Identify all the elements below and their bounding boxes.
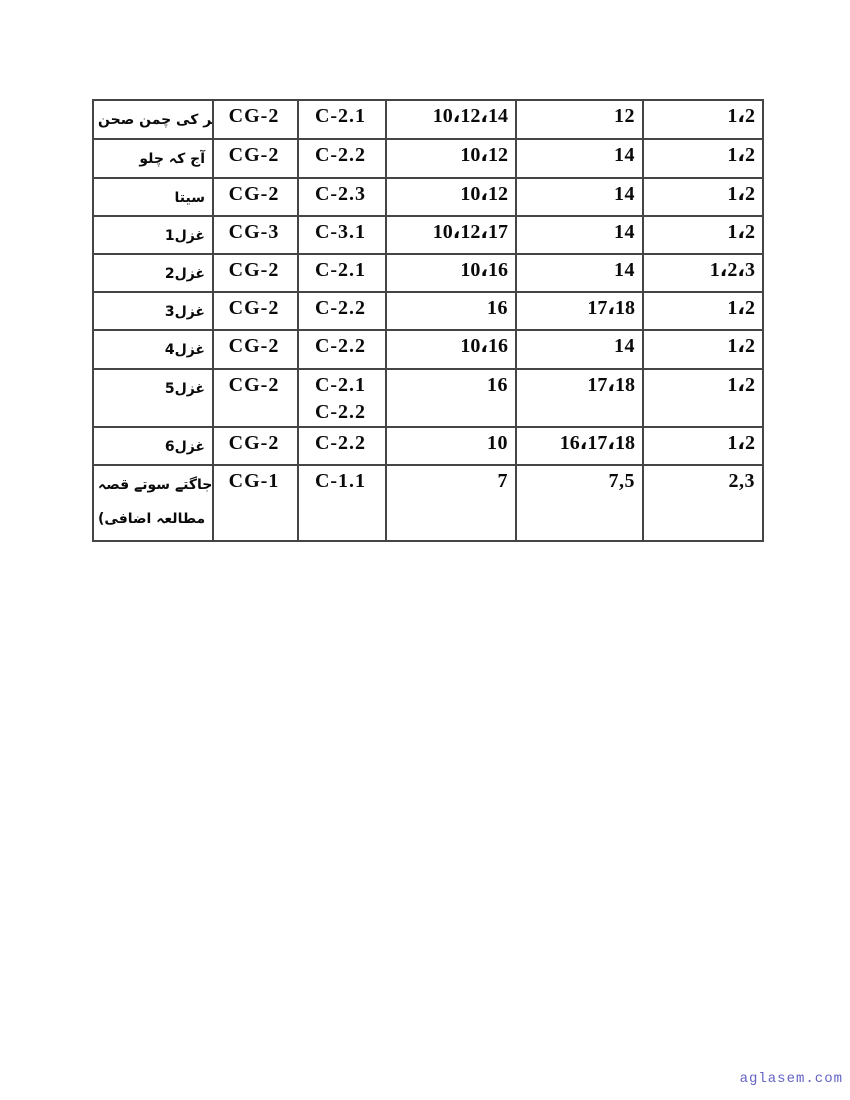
number-cell-col6: 1،2 [643,369,763,427]
lesson-title-cell: غزل2 [93,254,213,292]
number-cell-col6: 1،2 [643,139,763,178]
number-cell-col4: 7 [386,465,516,541]
c-code-text: C-2.1 [303,103,378,130]
table-row: غزل4 CG-2 C-2.2 10،16 14 1،2 [93,330,763,369]
number-text: 1،2 [648,103,755,130]
lesson-title-cell: غزل3 [93,292,213,330]
number-text: 14 [521,257,635,284]
number-text: 1،2،3 [648,257,755,284]
c-code-text: C-2.1 [303,257,378,284]
number-text: 1،2 [648,219,755,246]
c-code-cell: C-2.2 [298,330,386,369]
number-cell-col6: 1،2 [643,178,763,216]
watermark-text: aglasem.com [740,1071,843,1087]
number-text: 7 [391,468,508,495]
number-cell-col4: 10،12،14 [386,100,516,139]
cg-code-cell: CG-2 [213,330,298,369]
lesson-title-cell: غزل1 [93,216,213,254]
c-code-cell: C-1.1 [298,465,386,541]
number-cell-col5: 14 [516,216,643,254]
number-cell-col4: 16 [386,369,516,427]
cg-code-text: CG-2 [218,430,290,457]
number-cell-col6: 1،2 [643,100,763,139]
lesson-title-cell: غزل4 [93,330,213,369]
document-page: صحن‎ چمن‎ کی‎ سیر CG-2 C-2.1 10،12،14 12… [0,0,850,1100]
number-cell-col6: 1،2 [643,427,763,465]
lesson-title-text: غزل5 [98,372,205,406]
lesson-title-cell: چلو‎ کہ‎ آج [93,139,213,178]
cg-code-text: CG-2 [218,257,290,284]
number-cell-col5: 14 [516,139,643,178]
number-cell-col5: 14 [516,330,643,369]
number-text: 16 [391,372,508,399]
number-text: 14 [521,333,635,360]
number-cell-col5: 16،17،18 [516,427,643,465]
cg-code-text: CG-2 [218,372,290,399]
cg-code-text: CG-2 [218,333,290,360]
table-row: غزل5 CG-2 C-2.1 C-2.2 16 17،18 1،2 [93,369,763,427]
number-text: 1،2 [648,295,755,322]
c-code-cell: C-2.3 [298,178,386,216]
c-code-cell: C-2.1 [298,254,386,292]
cg-code-cell: CG-2 [213,369,298,427]
cg-code-text: CG-1 [218,468,290,495]
cg-code-cell: CG-1 [213,465,298,541]
c-code-text: C-2.2 [303,333,378,360]
number-text: 1،2 [648,430,755,457]
lesson-title-text: سیتا [98,181,205,215]
lesson-title-cell: قصہ‎ سوتے‎ جاگتے‎ کا (اضافی‎ مطالعہ [93,465,213,541]
c-code-text: C-2.2 [303,399,378,426]
c-code-text: C-1.1 [303,468,378,495]
number-text: 10،16 [391,257,508,284]
c-code-cell: C-2.2 [298,292,386,330]
number-cell-col5: 14 [516,178,643,216]
number-text: 16 [391,295,508,322]
cg-code-text: CG-2 [218,295,290,322]
lesson-title-cell: سیتا [93,178,213,216]
cg-code-text: CG-2 [218,103,290,130]
c-code-text: C-2.1 [303,372,378,399]
lesson-title-text: صحن‎ چمن‎ کی‎ سیر [98,103,205,137]
table-row: غزل3 CG-2 C-2.2 16 17،18 1،2 [93,292,763,330]
c-code-cell: C-2.2 [298,139,386,178]
number-text: 17،18 [521,295,635,322]
number-cell-col5: 7,5 [516,465,643,541]
number-text: 7,5 [521,468,635,495]
number-cell-col6: 1،2 [643,216,763,254]
lesson-title-text: (اضافی‎ مطالعہ [98,502,205,536]
cg-code-cell: CG-2 [213,254,298,292]
lesson-title-cell: غزل6 [93,427,213,465]
number-cell-col5: 17،18 [516,369,643,427]
number-text: 1،2 [648,333,755,360]
number-cell-col6: 2,3 [643,465,763,541]
lesson-title-cell: غزل5 [93,369,213,427]
c-code-cell: C-2.2 [298,427,386,465]
number-text: 10،12،14 [391,103,508,130]
number-cell-col6: 1،2 [643,292,763,330]
cg-code-cell: CG-2 [213,292,298,330]
number-text: 17،18 [521,372,635,399]
number-text: 2,3 [648,468,755,495]
cg-code-cell: CG-2 [213,139,298,178]
number-text: 10،12 [391,181,508,208]
table-row: صحن‎ چمن‎ کی‎ سیر CG-2 C-2.1 10،12،14 12… [93,100,763,139]
number-text: 10،12،17 [391,219,508,246]
number-text: 10،12 [391,142,508,169]
number-text: 16،17،18 [521,430,635,457]
cg-code-text: CG-2 [218,142,290,169]
cg-code-cell: CG-2 [213,427,298,465]
number-cell-col6: 1،2،3 [643,254,763,292]
c-code-text: C-2.2 [303,142,378,169]
number-cell-col4: 10،12 [386,178,516,216]
number-text: 12 [521,103,635,130]
number-cell-col4: 10،12،17 [386,216,516,254]
number-text: 1،2 [648,181,755,208]
lesson-title-cell: صحن‎ چمن‎ کی‎ سیر [93,100,213,139]
number-cell-col5: 17،18 [516,292,643,330]
c-code-cell: C-2.1 C-2.2 [298,369,386,427]
number-cell-col4: 10 [386,427,516,465]
number-cell-col6: 1،2 [643,330,763,369]
number-text: 1،2 [648,372,755,399]
c-code-cell: C-2.1 [298,100,386,139]
number-cell-col5: 14 [516,254,643,292]
table-row: غزل1 CG-3 C-3.1 10،12،17 14 1،2 [93,216,763,254]
number-cell-col5: 12 [516,100,643,139]
lesson-title-text: غزل3 [98,295,205,329]
c-code-text: C-2.3 [303,181,378,208]
cg-code-cell: CG-2 [213,178,298,216]
number-text: 10 [391,430,508,457]
table-row: غزل6 CG-2 C-2.2 10 16،17،18 1،2 [93,427,763,465]
syllabus-table: صحن‎ چمن‎ کی‎ سیر CG-2 C-2.1 10،12،14 12… [92,99,764,542]
table-row: غزل2 CG-2 C-2.1 10،16 14 1،2،3 [93,254,763,292]
table-row: چلو‎ کہ‎ آج CG-2 C-2.2 10،12 14 1،2 [93,139,763,178]
cg-code-cell: CG-2 [213,100,298,139]
number-text: 14 [521,219,635,246]
lesson-title-text: غزل6 [98,430,205,464]
lesson-title-text: غزل4 [98,333,205,367]
c-code-cell: C-3.1 [298,216,386,254]
number-text: 10،16 [391,333,508,360]
c-code-text: C-2.2 [303,430,378,457]
cg-code-text: CG-3 [218,219,290,246]
c-code-text: C-3.1 [303,219,378,246]
c-code-text: C-2.2 [303,295,378,322]
cg-code-cell: CG-3 [213,216,298,254]
number-text: 1،2 [648,142,755,169]
lesson-title-text: غزل1 [98,219,205,253]
lesson-title-text: چلو‎ کہ‎ آج [98,142,205,176]
number-text: 14 [521,142,635,169]
table-row: سیتا CG-2 C-2.3 10،12 14 1،2 [93,178,763,216]
number-cell-col4: 10،16 [386,254,516,292]
number-text: 14 [521,181,635,208]
number-cell-col4: 10،12 [386,139,516,178]
number-cell-col4: 16 [386,292,516,330]
lesson-title-text: قصہ‎ سوتے‎ جاگتے‎ کا [98,468,205,502]
cg-code-text: CG-2 [218,181,290,208]
lesson-title-text: غزل2 [98,257,205,291]
table-row: قصہ‎ سوتے‎ جاگتے‎ کا (اضافی‎ مطالعہ CG-1… [93,465,763,541]
number-cell-col4: 10،16 [386,330,516,369]
